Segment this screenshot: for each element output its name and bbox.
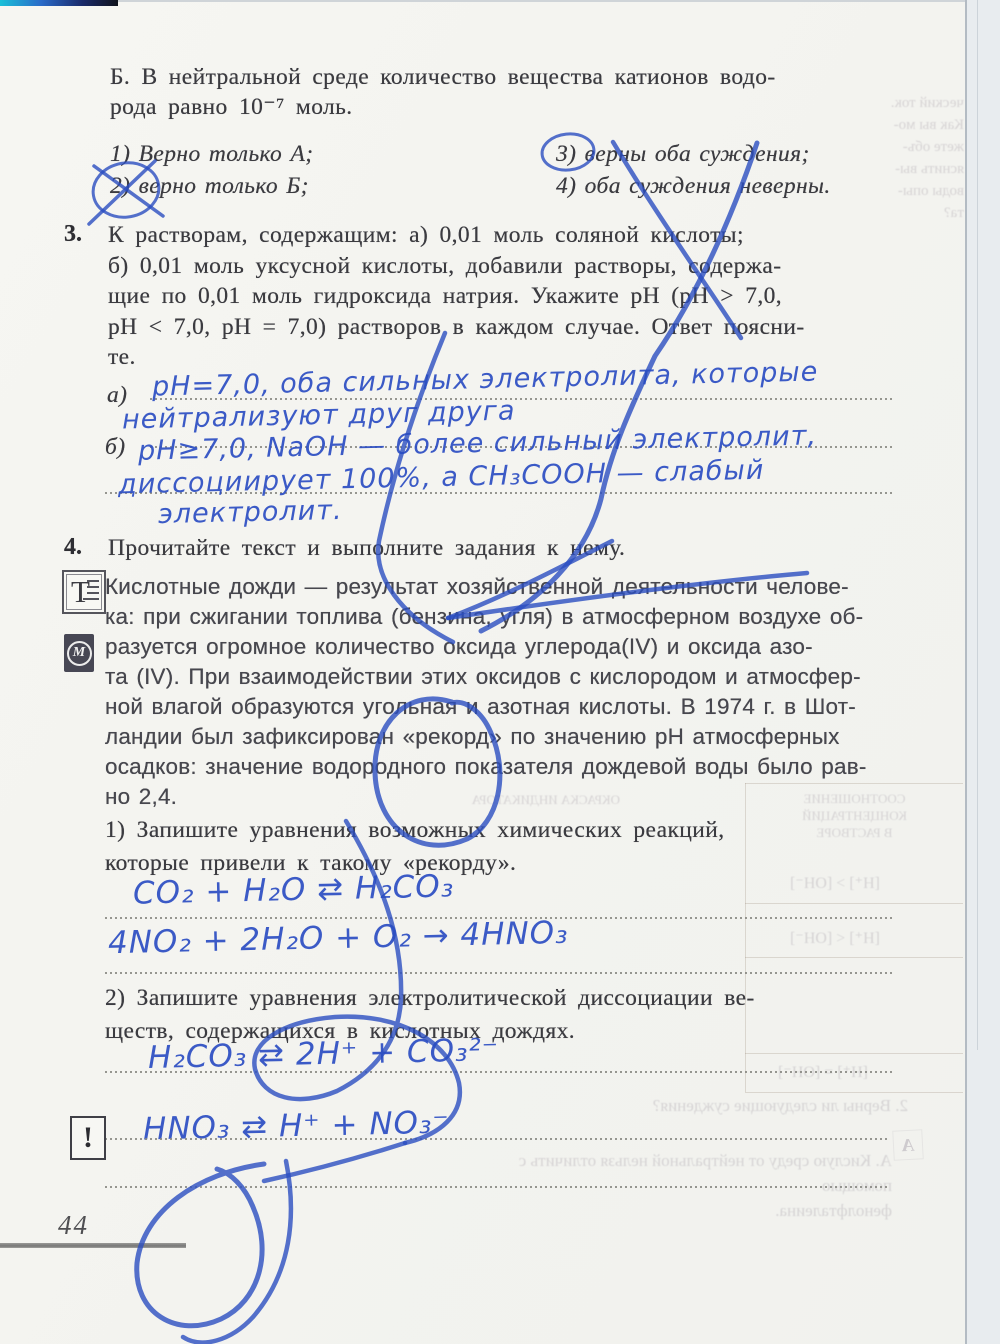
page-edge-line <box>977 0 978 1050</box>
task-b-statement: Б. В нейтральной среде количество вещест… <box>110 62 910 122</box>
answer-line <box>105 1071 893 1073</box>
bleed-question: 2. Верны ли следующие суждения? <box>578 1096 908 1116</box>
scan-background-edge <box>965 0 1000 1344</box>
scan-color-strip <box>0 0 118 6</box>
method-icon: М <box>64 634 94 672</box>
page-number-rule <box>0 1243 186 1248</box>
options-right-column: 3) верны оба суждения; 4) оба суждения н… <box>556 138 956 202</box>
warning-icon: ! <box>70 1116 106 1160</box>
answer-line <box>105 1138 888 1140</box>
bleed-table-hline <box>745 903 963 904</box>
task4-number: 4. <box>64 534 82 561</box>
handwritten-equation-1: CO₂ + H₂O ⇄ H₂CO₃ <box>133 868 455 911</box>
workbook-page: ческий ток. Как вы мо- жете объ- яснить … <box>0 0 965 1344</box>
task3-number: 3. <box>64 221 82 248</box>
bleed-a-badge: А <box>892 1129 924 1161</box>
passage-text: Кислотные дожди — результат хозяйственно… <box>105 572 910 812</box>
handwritten-equation-4: HNO₃ ⇄ H⁺ + NO₃⁻ <box>143 1105 450 1148</box>
handwritten-equation-2: 4NO₂ + 2H₂O + O₂ → 4HNO₃ <box>108 915 569 961</box>
bleed-cell-2: [H⁺] < [OH⁻] <box>790 928 880 948</box>
subtask1-text: 1) Запишите уравнения возможных химическ… <box>105 814 905 880</box>
text-passage-icon: Т <box>62 570 106 614</box>
bleed-table-hline <box>745 957 963 958</box>
scan-top-edge <box>0 0 1000 2</box>
answer-b-label: б) <box>105 432 125 462</box>
options-left-column: 1) Верно только А; 2) верно только Б; <box>110 138 530 202</box>
handwritten-equation-3: H₂CO₃ ⇄ 2H⁺ + CO₃²⁻ <box>148 1032 500 1076</box>
answer-line <box>105 1186 888 1188</box>
page-number: 44 <box>58 1210 89 1241</box>
handwritten-answer-b3: электролит. <box>158 495 343 530</box>
task3-statement: К растворам, содержащим: а) 0,01 моль со… <box>108 220 908 373</box>
bleed-table-hline <box>745 1092 963 1093</box>
answer-line <box>105 972 893 974</box>
task4-title: Прочитайте текст и выполните задания к н… <box>108 533 908 563</box>
bleed-table-hline <box>745 1053 963 1054</box>
